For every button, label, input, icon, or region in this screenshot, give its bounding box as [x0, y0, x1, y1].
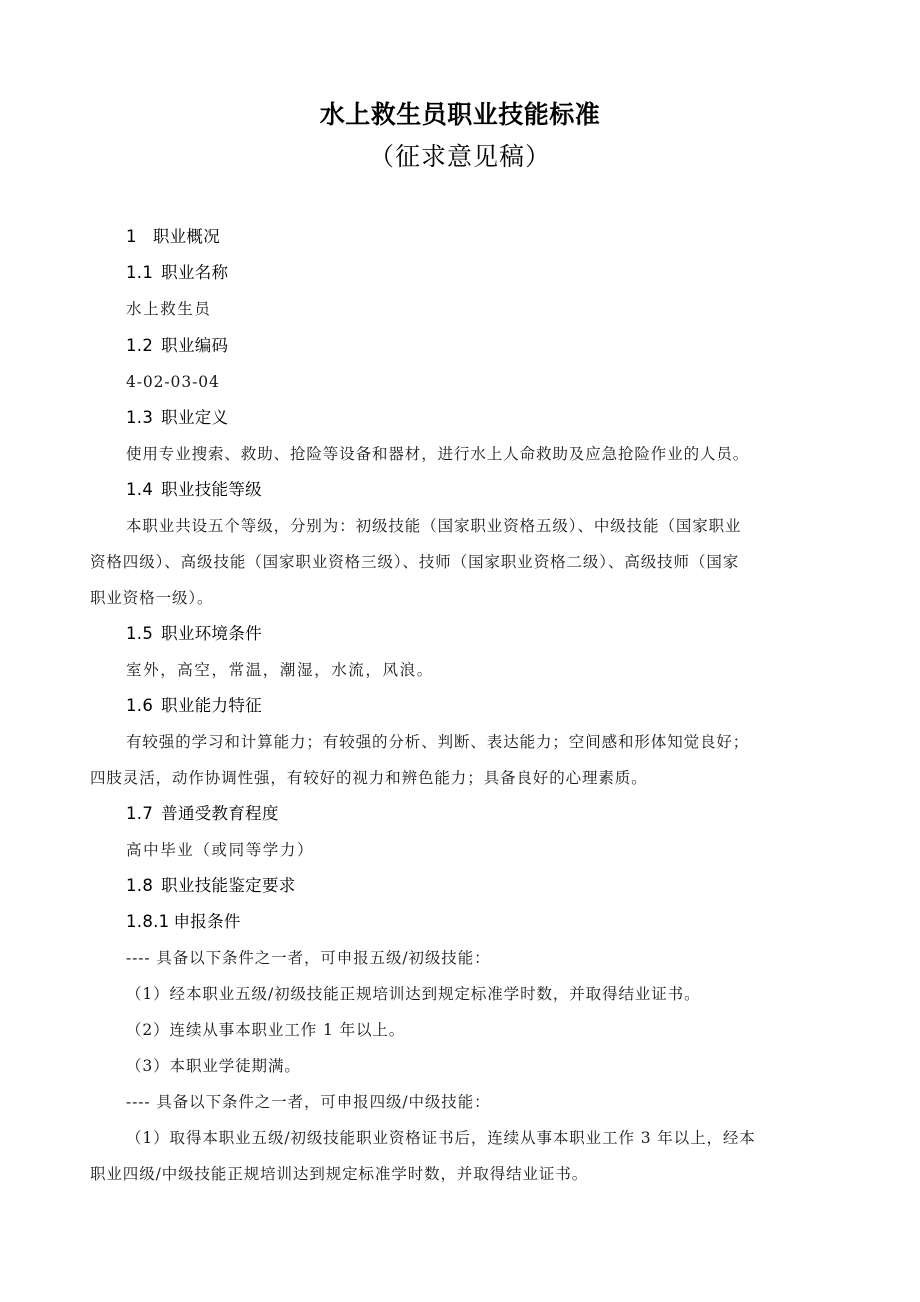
section-number: 1.7 [126, 803, 153, 825]
level5-requirement-item-3: （3）本职业学徒期满。 [126, 1055, 301, 1077]
skill-levels-line-2: 资格四级）、高级技能（国家职业资格三级）、技师（国家职业资格二级）、高级技师（国… [90, 551, 739, 573]
section-heading-1-7: 1.7普通受教育程度 [126, 803, 279, 825]
section-heading-1-3: 1.3职业定义 [126, 407, 228, 429]
section-title: 职业环境条件 [161, 624, 262, 643]
section-title: 职业概况 [153, 227, 220, 246]
section-number: 1.2 [126, 335, 153, 357]
skill-levels-line-3: 职业资格一级）。 [90, 587, 213, 609]
work-environment-text: 室外，高空，常温，潮湿，水流，风浪。 [126, 659, 434, 681]
section-number: 1.8.1 [126, 911, 169, 933]
section-heading-1-2: 1.2职业编码 [126, 335, 228, 357]
section-number: 1.5 [126, 623, 153, 645]
section-number: 1.8 [126, 875, 153, 897]
ability-traits-line-1: 有较强的学习和计算能力；有较强的分析、判断、表达能力；空间感和形体知觉良好； [126, 731, 749, 753]
section-heading-1-5: 1.5职业环境条件 [126, 623, 262, 645]
document-title: 水上救生员职业技能标准 [0, 100, 920, 130]
section-title: 普通受教育程度 [161, 804, 279, 823]
section-title: 申报条件 [173, 912, 240, 931]
section-number: 1 [126, 226, 137, 248]
section-title: 职业技能等级 [161, 480, 262, 499]
section-heading-1-8: 1.8职业技能鉴定要求 [126, 875, 296, 897]
document-page: 水上救生员职业技能标准 （征求意见稿） 1职业概况 1.1职业名称 水上救生员 … [0, 0, 920, 1302]
document-subtitle: （征求意见稿） [0, 142, 920, 172]
level5-requirement-item-1: （1）经本职业五级/初级技能正规培训达到规定标准学时数，并取得结业证书。 [126, 983, 701, 1005]
section-title: 职业名称 [161, 263, 228, 282]
level4-requirement-item-1-line-1: （1）取得本职业五级/初级技能职业资格证书后，连续从事本职业工作 3 年以上，经… [126, 1127, 756, 1149]
level4-requirements-intro: ---- 具备以下条件之一者，可申报四级/中级技能： [126, 1091, 491, 1113]
section-heading-1-4: 1.4职业技能等级 [126, 479, 262, 501]
education-level-text: 高中毕业（或同等学力） [126, 839, 314, 861]
section-heading-1-6: 1.6职业能力特征 [126, 695, 262, 717]
section-title: 职业编码 [161, 336, 228, 355]
level5-requirement-item-2: （2）连续从事本职业工作 1 年以上。 [126, 1019, 405, 1041]
section-number: 1.6 [126, 695, 153, 717]
section-title: 职业技能鉴定要求 [161, 876, 295, 895]
occupation-name-text: 水上救生员 [126, 298, 212, 320]
section-number: 1.1 [126, 262, 153, 284]
section-heading-1-1: 1.1职业名称 [126, 262, 228, 284]
occupation-code-text: 4-02-03-04 [126, 371, 220, 393]
section-title: 职业定义 [161, 408, 228, 427]
section-title: 职业能力特征 [161, 696, 262, 715]
skill-levels-line-1: 本职业共设五个等级，分别为：初级技能（国家职业资格五级）、中级技能（国家职业 [126, 515, 741, 537]
section-heading-1-8-1: 1.8.1申报条件 [126, 911, 241, 933]
ability-traits-line-2: 四肢灵活，动作协调性强，有较好的视力和辨色能力；具备良好的心理素质。 [90, 767, 648, 789]
section-number: 1.3 [126, 407, 153, 429]
occupation-definition-text: 使用专业搜索、救助、抢险等设备和器材，进行水上人命救助及应急抢险作业的人员。 [126, 443, 749, 465]
section-number: 1.4 [126, 479, 153, 501]
level4-requirement-item-1-line-2: 职业四级/中级技能正规培训达到规定标准学时数，并取得结业证书。 [90, 1163, 588, 1185]
section-heading-1: 1职业概况 [126, 226, 220, 248]
level5-requirements-intro: ---- 具备以下条件之一者，可申报五级/初级技能： [126, 947, 491, 969]
